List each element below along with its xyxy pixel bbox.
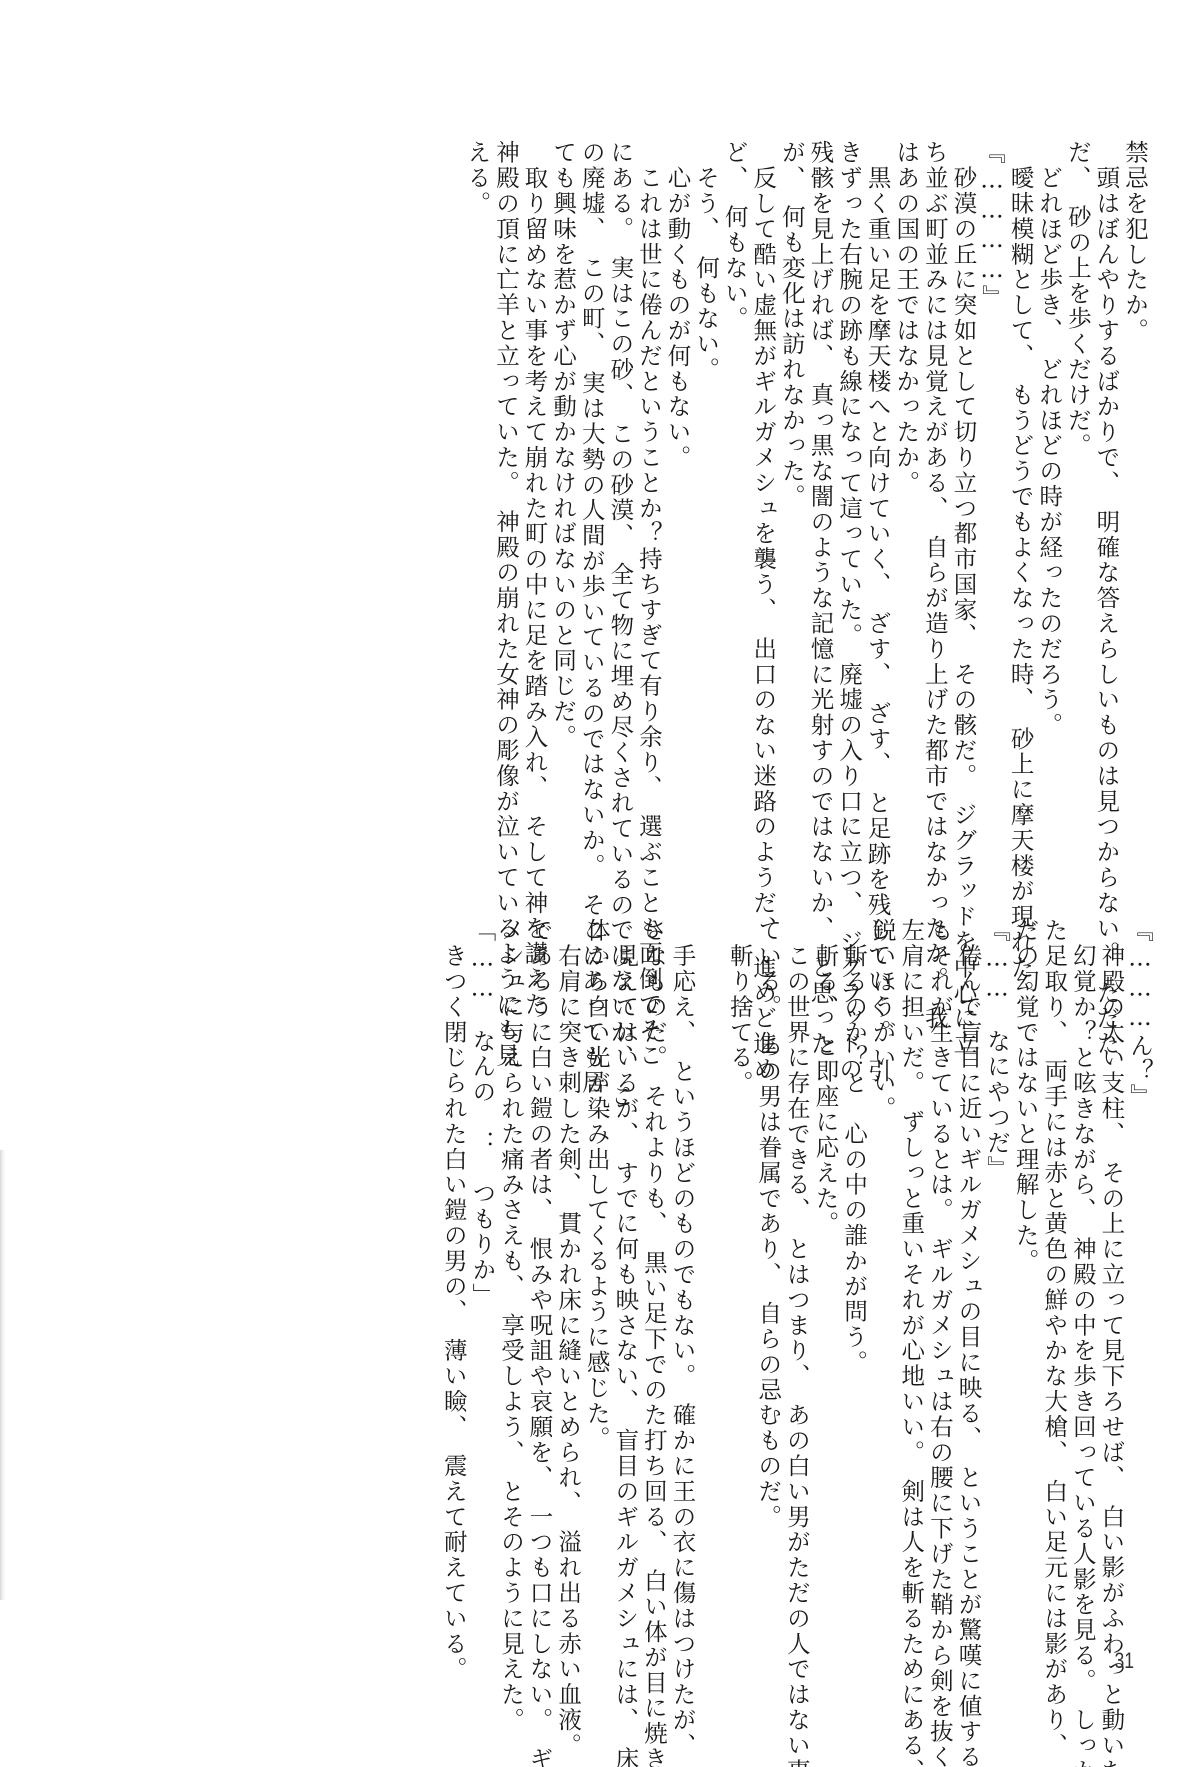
text-line: 斬る、 と即座に応えた。 [811, 918, 840, 1598]
text-line: そう、 何もない。 [692, 140, 721, 820]
text-line: 『………ん？』 [1125, 918, 1154, 1598]
text-line: きずった右腕の跡も線になって這っていた。 廃墟の入り口に立つ、 ジグラッドの [834, 140, 863, 820]
text-block-top: 禁忌を犯したか。 頭はぼんやりするばかりで、 明確な答えらしいものは見つからない… [463, 140, 1149, 820]
text-line: メシュに与えられた痛みさえも、 享受しよう、 とそのように見えた。 [496, 918, 525, 1598]
text-line: 幻覚か？と呟きながら、 神殿の中を歩き回っている人影を見る。 しっかりとし [1068, 918, 1097, 1598]
book-page: 禁忌を犯したか。 頭はぼんやりするばかりで、 明確な答えらしいものは見つからない… [0, 0, 1200, 1767]
text-line: 反して酷い虚無がギルガメシュを襲う、 出口のない迷路のようだ、 進めど進め [749, 140, 778, 820]
text-line: 倦んで盲目に近いギルガメシュの目に映る、 ということが驚嘆に値する。 しか [954, 918, 983, 1598]
text-line: だの幻覚ではないと理解した。 [1011, 918, 1040, 1598]
text-line: 砂漠の丘に突如として切り立つ都市国家、 その骸だ。 ジグラッドを中心に立 [949, 140, 978, 820]
text-line: が、 何も変化は訪れなかった。 [777, 140, 806, 820]
text-line: もそれが生きているとは。 ギルガメシュは右の腰に下げた鞘から剣を抜くと、 [925, 918, 954, 1598]
text-line: にある。 実はこの砂、 この砂漠、 全て物に埋め尽くされているのではないか、 こ [606, 140, 635, 820]
text-line: であろうに白い鎧の者は、 恨みや呪詛や哀願を、 一つも口にしない。 ギルガ [525, 918, 554, 1598]
text-line: 鋭いほうがいい。 [868, 918, 897, 1598]
text-line: 神殿の頂に亡羊と立っていた。 神殿の崩れた女神の彫像が泣いているようにも見 [491, 140, 520, 820]
text-line: きつく閉じられた白い鎧の男の、 薄い瞼、 震えて耐えている。 [439, 918, 468, 1598]
text-line: 神殿の太い支柱、 その上に立って見下ろせば、 白い影がふわっと動いたのだ。 [1097, 918, 1126, 1598]
page-binding-edge [0, 1150, 6, 1600]
text-line: ど、 何もない。 [720, 140, 749, 820]
text-line: だ、 砂の上を歩くだけだ。 [1063, 140, 1092, 820]
text-line: ている。 あの男は眷属であり、 自らの忌むものだ。 [754, 918, 783, 1598]
text-line: の廃墟、 この町、 実は大勢の人間が歩いているのではないか。 そこにあっても居 [577, 140, 606, 820]
text-line: 手応え、 というほどのものでもない。 確かに王の衣に傷はつけたが、 極、 小 [668, 918, 697, 1598]
text-line: 「…… なんの ： つもりか」 [468, 918, 497, 1598]
text-line: 取り留めない事を考えて崩れた町の中に足を踏み入れ、 そして神を讃えた [520, 140, 549, 820]
text-line: はあの国の王ではなかったか。 [892, 140, 921, 820]
text-line-blank [697, 918, 726, 1598]
text-line: どれほど歩き、 どれほどの時が経ったのだろう。 [1035, 140, 1064, 820]
text-line: さなものだ。 それよりも、 黒い足下でのた打ち回る、 白い体が目に焼きつく。 [639, 918, 668, 1598]
text-line: 左肩に担いだ。 ずしっと重いそれが心地いい。 剣は人を斬るためにある、 刃は [897, 918, 926, 1598]
text-line: 斬り捨てる。 [725, 918, 754, 1598]
text-line: この世界に存在できる、 とはつまり、 あの白い男がただの人ではない事を示し [782, 918, 811, 1598]
text-line: 『…………』 [977, 140, 1006, 820]
text-line: 曖昧模糊として、 もうどうでもよくなった時、 砂上に摩天楼が現れた。 [1006, 140, 1035, 820]
text-line: 体から白い光が染み出してくるように感じた。 [582, 918, 611, 1598]
text-line: 禁忌を犯したか。 [1120, 140, 1149, 820]
text-line: ち並ぶ町並みには見覚えがある、 自らが造り上げた都市ではなかったか。 我 [920, 140, 949, 820]
text-line: 黒く重い足を摩天楼へと向けていく、 ざす、 ざす、 と足跡を残していく。 引 [863, 140, 892, 820]
text-line: 残骸を見上げれば、 真っ黒な闇のような記憶に光射すのではないか、 と思った [806, 140, 835, 820]
text-line: 心が動くものが何もない。 [663, 140, 692, 820]
text-line: 右肩に突き刺した剣、 貫かれ床に縫いとめられ、 溢れ出る赤い血液。 激痛 [554, 918, 583, 1598]
text-line: ても興味を惹かず心が動かなければないのと同じだ。 [549, 140, 578, 820]
text-line: える。 [463, 140, 492, 820]
text-line: 見えてはいるが、 すでに何も映さない、 盲目のギルガメシュには、 床で暴れる [611, 918, 640, 1598]
text-line: た足取り、 両手には赤と黄色の鮮やかな大槍、 白い足元には影があり、 た [1040, 918, 1069, 1598]
text-line: 『…… なにやつだ』 [982, 918, 1011, 1598]
text-line: 斬るのか？と 心の中の誰かが問う。 [839, 918, 868, 1598]
text-line: 頭はぼんやりするばかりで、 明確な答えらしいものは見つからない。 ただた [1092, 140, 1121, 820]
text-block-bottom: 『………ん？』 神殿の太い支柱、 その上に立って見下ろせば、 白い影がふわっと動… [439, 918, 1154, 1598]
text-line: これは世に倦んだということか？持ちすぎて有り余り、 選ぶことも面倒でそこ [634, 140, 663, 820]
page-number: 31 [1114, 1648, 1134, 1674]
